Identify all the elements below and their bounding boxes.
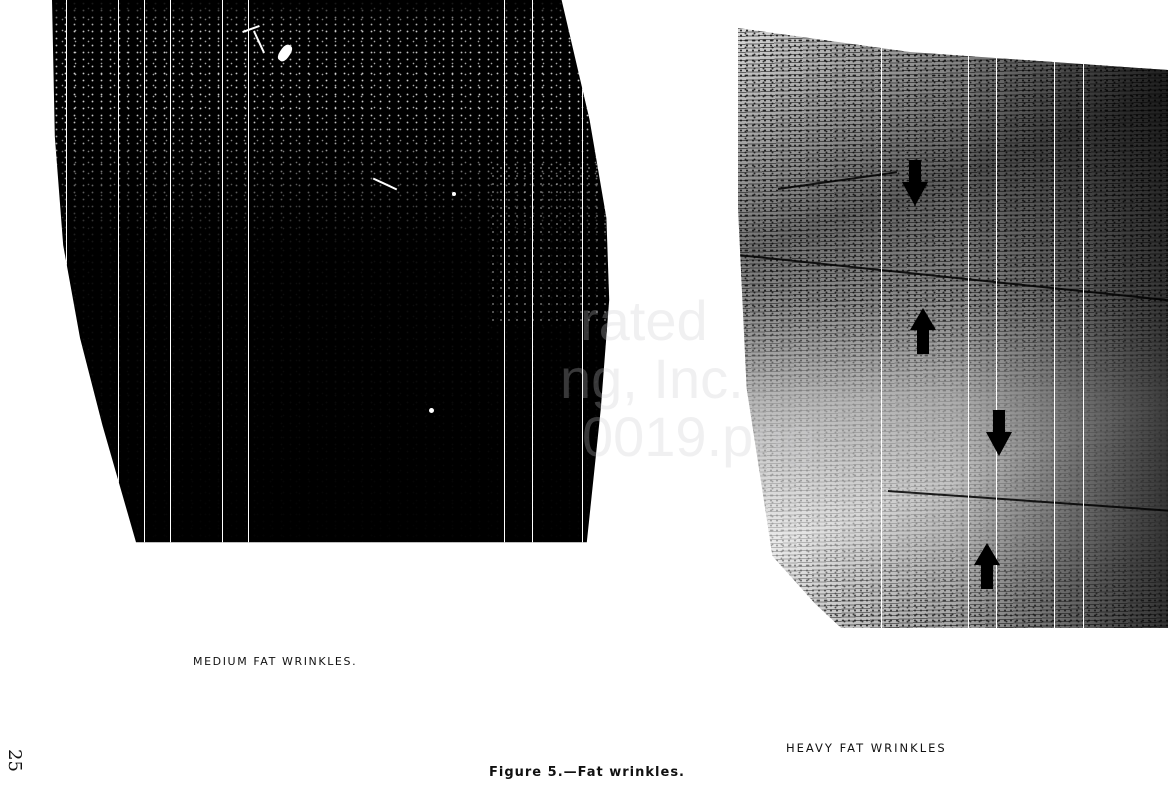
left-figure-caption: MEDIUM FAT WRINKLES.	[193, 655, 357, 668]
scan-line	[582, 0, 583, 545]
right-figure-caption: HEAVY FAT WRINKLES	[786, 741, 947, 755]
highlight-spot	[452, 192, 456, 196]
scan-line	[968, 28, 969, 628]
arrow-down-icon	[986, 410, 1012, 456]
scan-line	[222, 0, 223, 545]
document-page: ratedng, Inc.0019.png MEDIUM FAT WRINKLE…	[0, 0, 1168, 785]
scan-line	[504, 0, 505, 545]
arrow-down-icon	[902, 160, 928, 206]
figure-title: Figure 5.—Fat wrinkles.	[489, 765, 685, 780]
scan-line	[881, 28, 882, 628]
arrow-up-icon	[910, 308, 936, 354]
arrow-up-icon	[974, 543, 1000, 589]
scan-line	[1083, 28, 1084, 628]
scan-line	[118, 0, 119, 545]
photo-texture	[738, 28, 1168, 628]
heavy-fat-wrinkles-photo	[738, 28, 1168, 628]
scan-line	[170, 0, 171, 545]
scan-line	[66, 0, 67, 545]
scan-line	[144, 0, 145, 545]
scan-line	[1054, 28, 1055, 628]
photo-texture-side	[489, 164, 612, 328]
page-number: 25	[4, 749, 25, 772]
highlight-spot	[429, 408, 434, 413]
scan-line	[532, 0, 533, 545]
scan-line	[248, 0, 249, 545]
scan-line	[996, 28, 997, 628]
medium-fat-wrinkles-photo	[52, 0, 612, 545]
